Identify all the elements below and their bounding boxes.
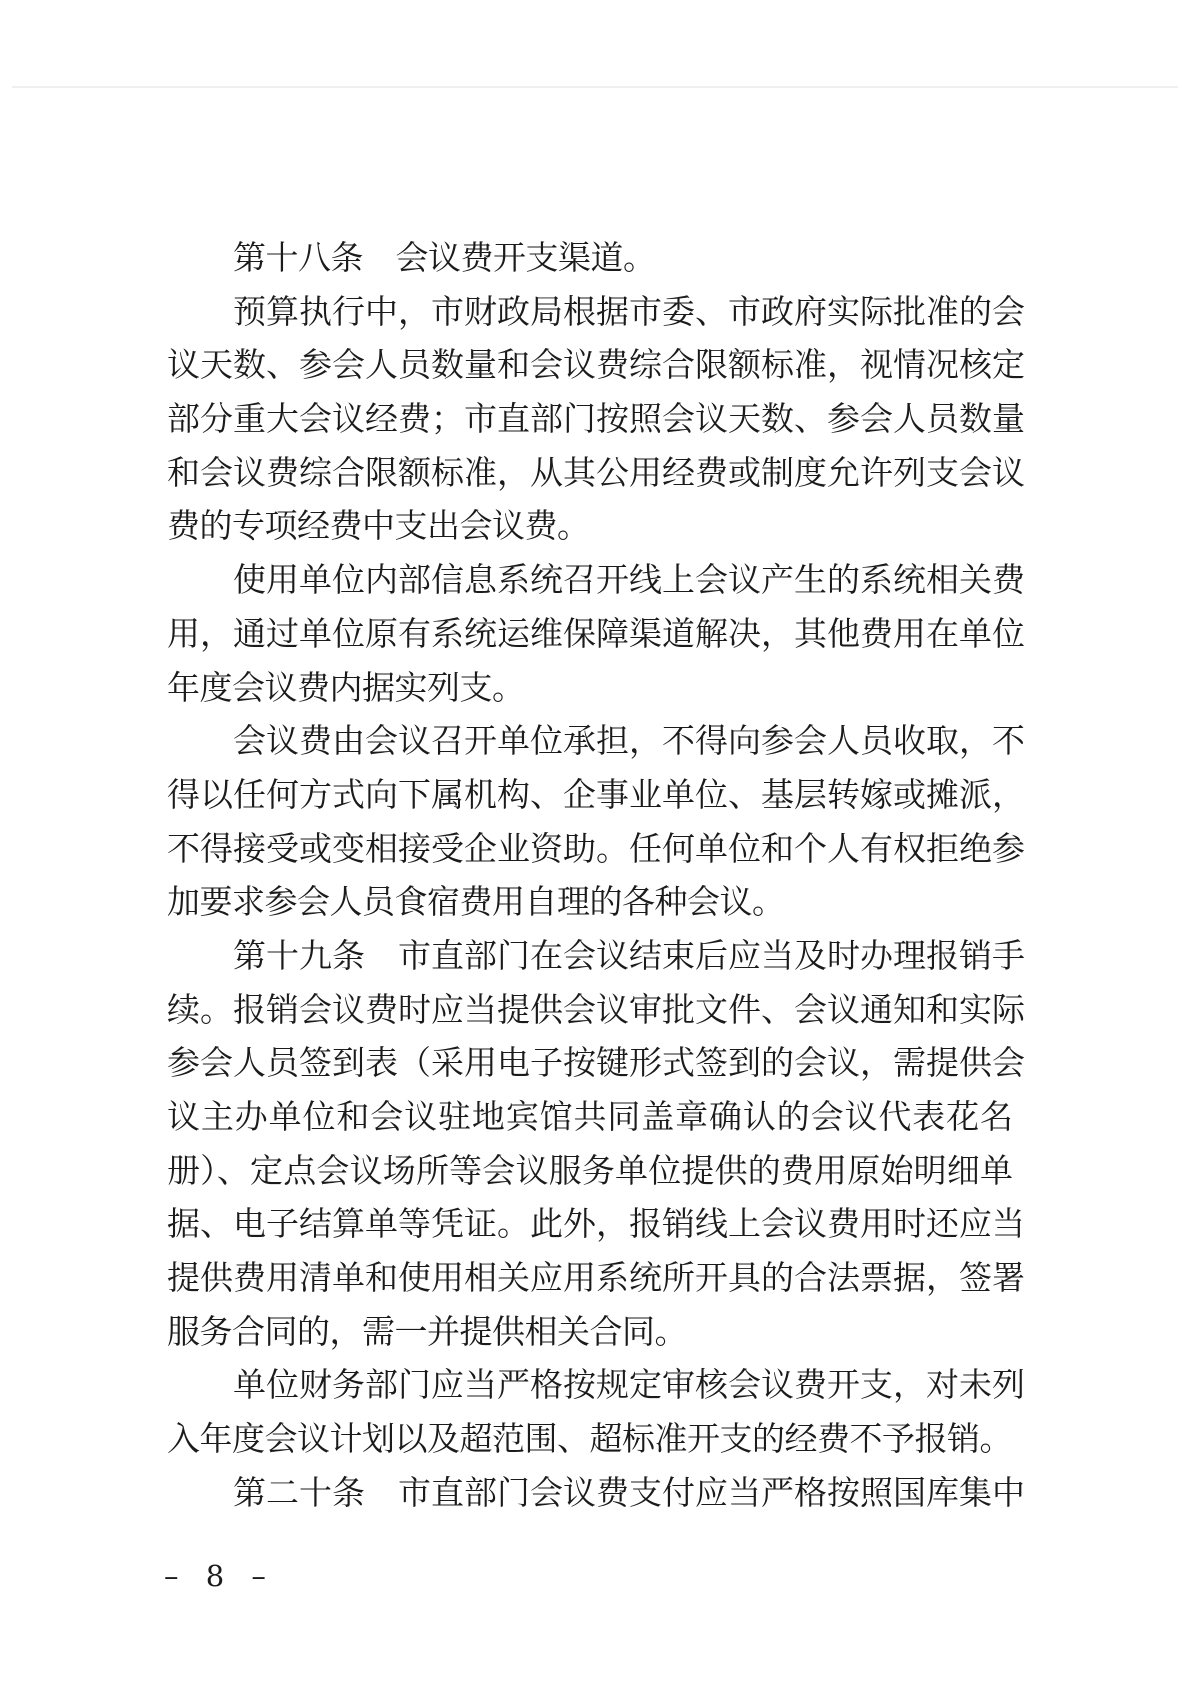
paragraph: 第十九条 市直部门在会议结束后应当及时办理报销手续。报销会议费时应当提供会议审批… bbox=[167, 929, 1013, 1359]
paragraph: 会议费由会议召开单位承担，不得向参会人员收取，不得以任何方式向下属机构、企事业单… bbox=[167, 714, 1013, 929]
text-line: 据、电子结算单等凭证。此外，报销线上会议费用时还应当 bbox=[167, 1197, 1013, 1251]
paragraph: 单位财务部门应当严格按规定审核会议费开支，对未列入年度会议计划以及超范围、超标准… bbox=[167, 1358, 1013, 1465]
text-line: 第二十条 市直部门会议费支付应当严格按照国库集中 bbox=[167, 1466, 1013, 1520]
page-number: – 8 – bbox=[164, 1556, 270, 1596]
text-line: 单位财务部门应当严格按规定审核会议费开支，对未列 bbox=[167, 1358, 1013, 1412]
document-body: 第十八条 会议费开支渠道。预算执行中，市财政局根据市委、市政府实际批准的会议天数… bbox=[167, 231, 1013, 1520]
text-line: 参会人员签到表（采用电子按键形式签到的会议，需提供会 bbox=[167, 1036, 1013, 1090]
text-line: 得以任何方式向下属机构、企事业单位、基层转嫁或摊派， bbox=[167, 768, 1013, 822]
text-line: 续。报销会议费时应当提供会议审批文件、会议通知和实际 bbox=[167, 983, 1013, 1037]
text-line: 和会议费综合限额标准，从其公用经费或制度允许列支会议 bbox=[167, 446, 1013, 500]
scan-artifact-line bbox=[12, 86, 1178, 88]
text-line: 入年度会议计划以及超范围、超标准开支的经费不予报销。 bbox=[167, 1412, 1013, 1466]
paragraph: 第二十条 市直部门会议费支付应当严格按照国库集中 bbox=[167, 1466, 1013, 1520]
text-line: 服务合同的，需一并提供相关合同。 bbox=[167, 1305, 1013, 1359]
text-line: 提供费用清单和使用相关应用系统所开具的合法票据，签署 bbox=[167, 1251, 1013, 1305]
text-line: 不得接受或变相接受企业资助。任何单位和个人有权拒绝参 bbox=[167, 822, 1013, 876]
text-line: 会议费由会议召开单位承担，不得向参会人员收取，不 bbox=[167, 714, 1013, 768]
text-line: 用，通过单位原有系统运维保障渠道解决，其他费用在单位 bbox=[167, 607, 1013, 661]
paragraph: 第十八条 会议费开支渠道。 bbox=[167, 231, 1013, 285]
text-line: 部分重大会议经费；市直部门按照会议天数、参会人员数量 bbox=[167, 392, 1013, 446]
text-line: 第十八条 会议费开支渠道。 bbox=[167, 231, 1013, 285]
text-line: 第十九条 市直部门在会议结束后应当及时办理报销手 bbox=[167, 929, 1013, 983]
text-line: 册）、定点会议场所等会议服务单位提供的费用原始明细单 bbox=[167, 1144, 1013, 1198]
text-line: 预算执行中，市财政局根据市委、市政府实际批准的会 bbox=[167, 285, 1013, 339]
text-line: 年度会议费内据实列支。 bbox=[167, 661, 1013, 715]
document-page: 第十八条 会议费开支渠道。预算执行中，市财政局根据市委、市政府实际批准的会议天数… bbox=[0, 0, 1190, 1682]
paragraph: 使用单位内部信息系统召开线上会议产生的系统相关费用，通过单位原有系统运维保障渠道… bbox=[167, 553, 1013, 714]
text-line: 议主办单位和会议驻地宾馆共同盖章确认的会议代表花名 bbox=[167, 1090, 1013, 1144]
text-line: 使用单位内部信息系统召开线上会议产生的系统相关费 bbox=[167, 553, 1013, 607]
text-line: 费的专项经费中支出会议费。 bbox=[167, 499, 1013, 553]
text-line: 加要求参会人员食宿费用自理的各种会议。 bbox=[167, 875, 1013, 929]
paragraph: 预算执行中，市财政局根据市委、市政府实际批准的会议天数、参会人员数量和会议费综合… bbox=[167, 285, 1013, 553]
text-line: 议天数、参会人员数量和会议费综合限额标准，视情况核定 bbox=[167, 338, 1013, 392]
